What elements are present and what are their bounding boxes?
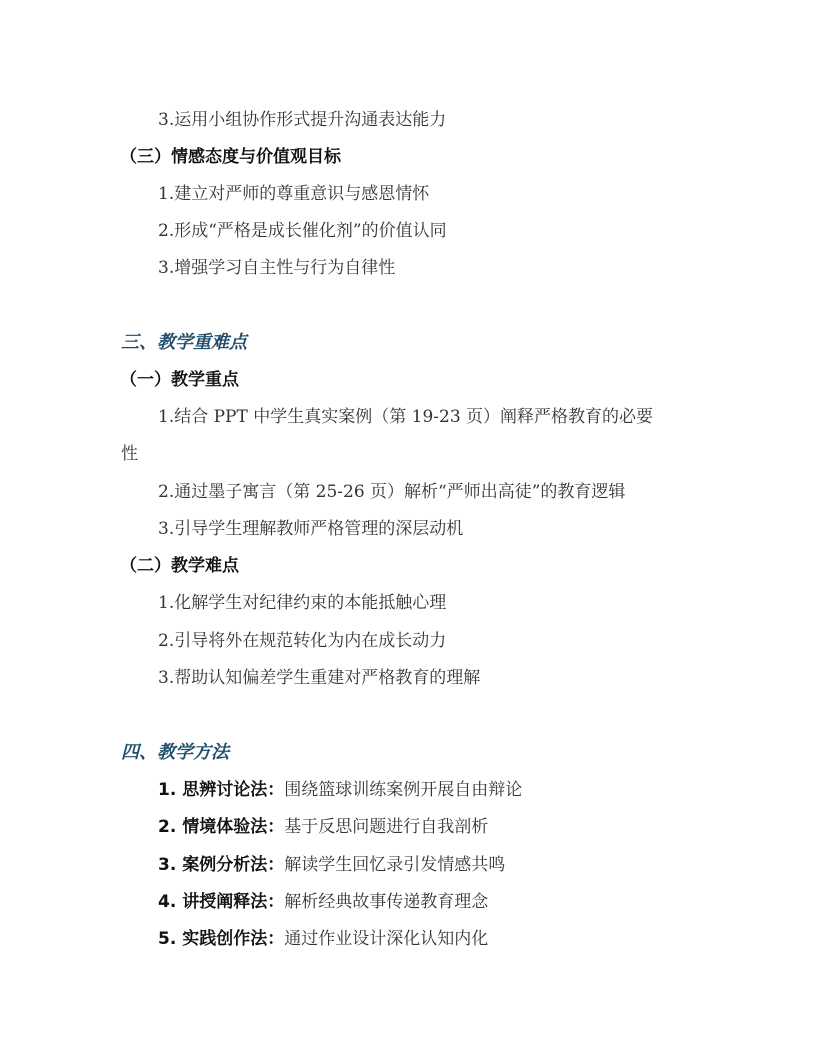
method-item: 5. 实践创作法：通过作业设计深化认知内化 [158, 927, 488, 951]
subsection-heading-affective-goals: （三）情感态度与价值观目标 [120, 145, 341, 169]
method-description: 解析经典故事传递教育理念 [284, 892, 488, 912]
section-heading-teaching-methods: 四、教学方法 [121, 741, 229, 765]
method-item: 4. 讲授阐释法：解析经典故事传递教育理念 [158, 890, 488, 914]
method-description: 基于反思问题进行自我剖析 [284, 817, 488, 837]
list-item: 3.运用小组协作形式提升沟通表达能力 [158, 108, 446, 132]
list-item: 2.引导将外在规范转化为内在成长动力 [158, 629, 446, 653]
list-item: 1.建立对严师的尊重意识与感恩情怀 [158, 182, 429, 206]
method-label: 4. 讲授阐释法： [158, 892, 284, 912]
method-description: 通过作业设计深化认知内化 [284, 929, 488, 949]
method-label: 2. 情境体验法： [158, 817, 284, 837]
list-item: 1.化解学生对纪律约束的本能抵触心理 [158, 591, 446, 615]
list-item: 1.结合 PPT 中学生真实案例（第 19-23 页）阐释严格教育的必要 [158, 405, 653, 429]
method-description: 围绕篮球训练案例开展自由辩论 [284, 780, 522, 800]
section-heading-key-difficult-points: 三、教学重难点 [121, 331, 247, 355]
list-item: 2.通过墨子寓言（第 25-26 页）解析“严师出高徒”的教育逻辑 [158, 480, 625, 504]
method-description: 解读学生回忆录引发情感共鸣 [284, 855, 505, 875]
list-item: 3.增强学习自主性与行为自律性 [158, 256, 395, 280]
method-label: 3. 案例分析法： [158, 855, 284, 875]
subsection-heading-difficult-points: （二）教学难点 [120, 554, 239, 578]
method-item: 1. 思辨讨论法：围绕篮球训练案例开展自由辩论 [158, 778, 522, 802]
method-label: 1. 思辨讨论法： [158, 780, 284, 800]
method-label: 5. 实践创作法： [158, 929, 284, 949]
list-item-wrap: 性 [121, 442, 138, 466]
document-page: 3.运用小组协作形式提升沟通表达能力 （三）情感态度与价值观目标 1.建立对严师… [0, 0, 816, 1056]
list-item: 3.引导学生理解教师严格管理的深层动机 [158, 517, 463, 541]
subsection-heading-key-points: （一）教学重点 [120, 368, 239, 392]
method-item: 3. 案例分析法：解读学生回忆录引发情感共鸣 [158, 853, 505, 877]
list-item: 3.帮助认知偏差学生重建对严格教育的理解 [158, 666, 480, 690]
method-item: 2. 情境体验法：基于反思问题进行自我剖析 [158, 815, 488, 839]
list-item: 2.形成“严格是成长催化剂”的价值认同 [158, 219, 447, 243]
